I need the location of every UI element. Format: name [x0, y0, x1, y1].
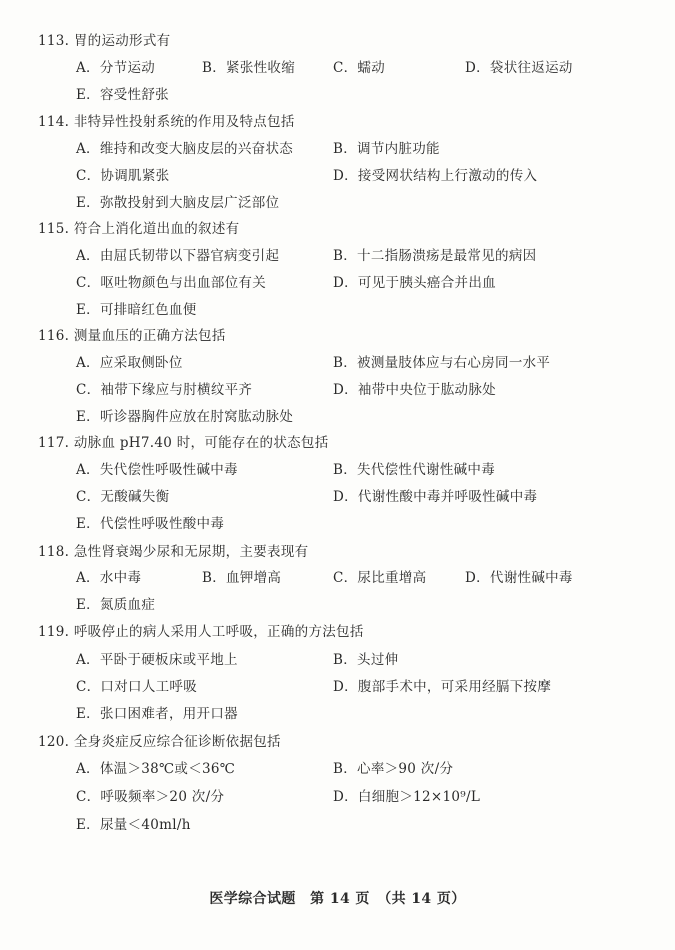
option-d: D．袖带中央位于肱动脉处 — [333, 381, 496, 399]
option-a: A．体温＞38℃或＜36℃ — [76, 760, 235, 778]
option-e: E．可排暗红色血便 — [76, 301, 197, 319]
option-e: E．尿量＜40ml/h — [76, 816, 191, 834]
option-c: C．口对口人工呼吸 — [76, 678, 197, 696]
question-text: 非特异性投射系统的作用及特点包括 — [74, 114, 295, 130]
option-e: E．听诊器胸件应放在肘窝肱动脉处 — [76, 408, 293, 426]
question-117-stem: 117. 动脉血 pH7.40 时，可能存在的状态包括 — [38, 434, 329, 452]
option-d: D．代谢性碱中毒 — [465, 569, 573, 587]
question-text: 测量血压的正确方法包括 — [74, 328, 226, 344]
option-d: D．接受网状结构上行激动的传入 — [333, 167, 537, 185]
option-d: D．代谢性酸中毒并呼吸性碱中毒 — [333, 488, 537, 506]
option-a: A．平卧于硬板床或平地上 — [76, 651, 238, 669]
option-b: B．十二指肠溃疡是最常见的病因 — [333, 247, 536, 265]
question-113-stem: 113. 胃的运动形式有 — [38, 32, 170, 50]
option-d: D．白细胞＞12×10⁹/L — [333, 788, 480, 806]
option-b: B．血钾增高 — [202, 569, 281, 587]
question-text: 符合上消化道出血的叙述有 — [74, 221, 240, 237]
question-text: 急性肾衰竭少尿和无尿期，主要表现有 — [74, 544, 309, 560]
question-number: 113. — [38, 33, 69, 49]
question-116-stem: 116. 测量血压的正确方法包括 — [38, 327, 226, 345]
question-number: 114. — [38, 114, 69, 130]
option-e: E．张口困难者，用开口器 — [76, 705, 238, 723]
question-115-stem: 115. 符合上消化道出血的叙述有 — [38, 220, 239, 238]
option-a: A．失代偿性呼吸性碱中毒 — [76, 461, 238, 479]
page-footer: 医学综合试题 第 14 页 （共 14 页） — [0, 888, 675, 908]
option-b: B．心率＞90 次/分 — [333, 760, 453, 778]
option-e: E．氮质血症 — [76, 596, 155, 614]
option-e: E．代偿性呼吸性酸中毒 — [76, 515, 224, 533]
option-b: B．失代偿性代谢性碱中毒 — [333, 461, 495, 479]
option-c: C．呕吐物颜色与出血部位有关 — [76, 274, 266, 292]
question-number: 115. — [38, 221, 69, 237]
option-b: B．被测量肢体应与右心房同一水平 — [333, 354, 550, 372]
option-a: A．由屈氏韧带以下器官病变引起 — [76, 247, 279, 265]
option-a: A．应采取侧卧位 — [76, 354, 183, 372]
option-d: D．腹部手术中，可采用经膈下按摩 — [333, 678, 551, 696]
option-d: D．可见于胰头癌合并出血 — [333, 274, 496, 292]
question-120-stem: 120. 全身炎症反应综合征诊断依据包括 — [38, 733, 281, 751]
question-number: 120. — [38, 734, 69, 750]
option-a: A．水中毒 — [76, 569, 141, 587]
option-c: C．协调肌紧张 — [76, 167, 169, 185]
question-number: 116. — [38, 328, 69, 344]
option-c: C．袖带下缘应与肘横纹平齐 — [76, 381, 252, 399]
question-number: 118. — [38, 544, 69, 560]
option-c: C．无酸碱失衡 — [76, 488, 169, 506]
option-a: A．分节运动 — [76, 59, 155, 77]
question-text: 全身炎症反应综合征诊断依据包括 — [74, 734, 281, 750]
exam-page: 113. 胃的运动形式有 A．分节运动 B．紧张性收缩 C．蠕动 D．袋状往返运… — [0, 0, 675, 950]
option-a: A．维持和改变大脑皮层的兴奋状态 — [76, 140, 293, 158]
option-b: B．调节内脏功能 — [333, 140, 440, 158]
question-text: 动脉血 pH7.40 时，可能存在的状态包括 — [74, 435, 329, 451]
question-114-stem: 114. 非特异性投射系统的作用及特点包括 — [38, 113, 295, 131]
question-text: 胃的运动形式有 — [74, 33, 171, 49]
question-number: 117. — [38, 435, 69, 451]
option-e: E．容受性舒张 — [76, 86, 169, 104]
question-text: 呼吸停止的病人采用人工呼吸，正确的方法包括 — [74, 624, 364, 640]
option-c: C．蠕动 — [333, 59, 385, 77]
question-119-stem: 119. 呼吸停止的病人采用人工呼吸，正确的方法包括 — [38, 623, 364, 641]
option-b: B．头过伸 — [333, 651, 398, 669]
question-118-stem: 118. 急性肾衰竭少尿和无尿期，主要表现有 — [38, 543, 308, 561]
option-c: C．尿比重增高 — [333, 569, 426, 587]
option-b: B．紧张性收缩 — [202, 59, 295, 77]
option-d: D．袋状往返运动 — [465, 59, 573, 77]
question-number: 119. — [38, 624, 69, 640]
option-e: E．弥散投射到大脑皮层广泛部位 — [76, 194, 279, 212]
option-c: C．呼吸频率＞20 次/分 — [76, 788, 224, 806]
